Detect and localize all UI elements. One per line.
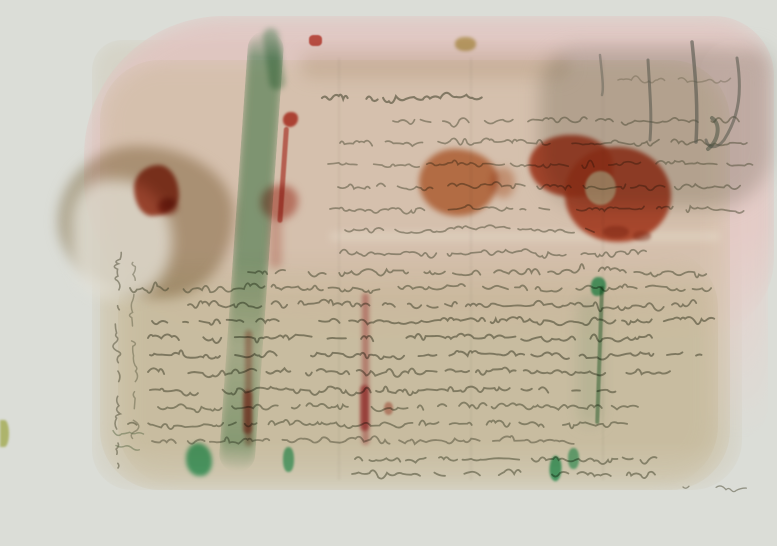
overpainted-letter-artwork: [0, 0, 777, 546]
dark-brush-strokes: [0, 0, 777, 546]
